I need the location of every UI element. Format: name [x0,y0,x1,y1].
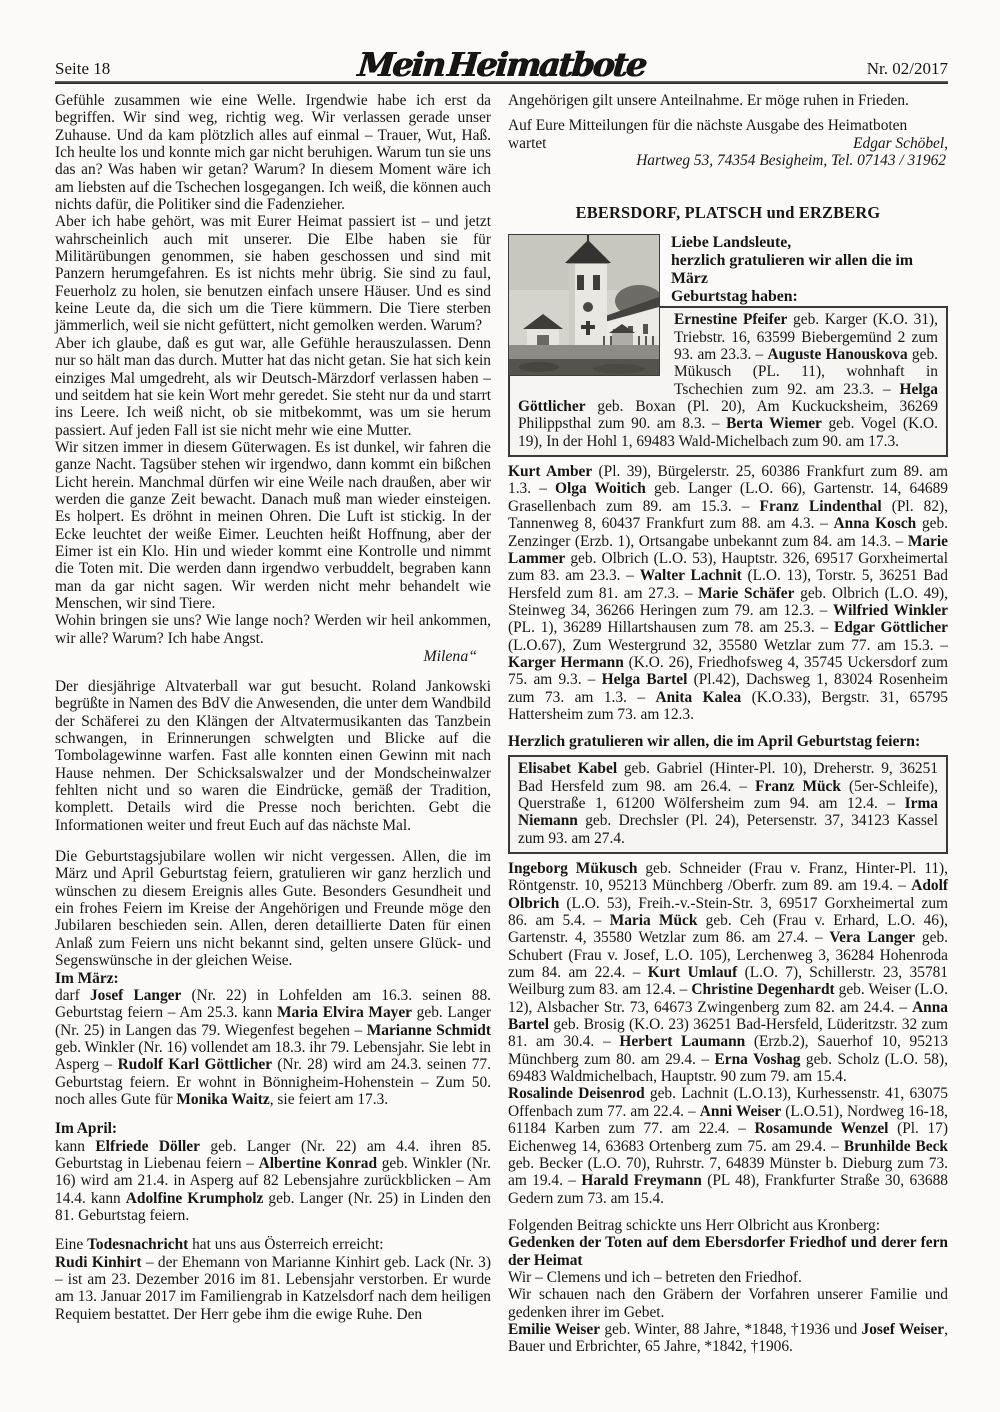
church-photo-illustration [509,235,659,375]
ball-report-paragraph: Der diesjährige Altvaterball war gut bes… [55,678,491,834]
church-photo [508,234,660,376]
section-heading: EBERSDORF, PLATSCH und ERZBERG [508,203,948,223]
contribution-line-2: Wir schauen nach den Gräbern der Vorfahr… [508,1286,948,1321]
letter-paragraph-5: Wohin bringen sie uns? Wie lange noch? W… [55,612,491,647]
greeting-line-3: Geburtstag haben: [671,288,948,306]
masthead-container: Mein Heimatbote [55,45,948,84]
issue-number: Nr. 02/2017 [867,59,948,79]
contribution-intro: Folgenden Beitrag schickte uns Herr Olbr… [508,1217,948,1234]
left-column: Gefühle zusammen wie eine Welle. Irgendw… [55,92,491,1323]
right-column: Angehörigen gilt unsere Anteilnahme. Er … [508,92,948,1356]
jubilee-intro-paragraph: Die Geburtstagsjubilare wollen wir nicht… [55,848,491,969]
letter-paragraph-2: Aber ich habe gehört, was mit Eurer Heim… [55,213,491,334]
march-birthday-list: Kurt Amber (Pl. 39), Bürgelerstr. 25, 60… [508,463,948,723]
contact-row: wartet Edgar Schöbel, [508,135,948,152]
church-section: Liebe Landsleute, herzlich gratulieren w… [508,234,948,457]
spacer [508,109,948,117]
masthead-title: Mein Heimatbote [356,45,647,84]
spacer [55,1224,491,1236]
wartet-label: wartet [508,135,546,152]
spacer [55,666,491,678]
header-rule [55,81,948,84]
march-birthdays-paragraph: darf Josef Langer (Nr. 22) in Lohfelden … [55,987,491,1108]
memorial-line: Emilie Weiser geb. Winter, 88 Jahre, *18… [508,1321,948,1356]
condolence-line: Angehörigen gilt unsere Anteilnahme. Er … [508,92,948,109]
march-subheading: Im März: [55,970,491,987]
letter-paragraph-1: Gefühle zusammen wie eine Welle. Irgendw… [55,92,491,213]
page-header: Seite 18 Mein Heimatbote Nr. 02/2017 [55,36,948,82]
letter-paragraph-3: Aber ich glaube, daß es gut war, alle Ge… [55,335,491,439]
april-birthday-list-1: Ingeborg Mükusch geb. Schneider (Frau v.… [508,860,948,1085]
letter-signature: Milena“ [55,647,491,666]
newspaper-page: { "header": { "page_label": "Seite 18", … [0,0,1000,1412]
death-notice-body: Rudi Kinhirt – der Ehemann von Marianne … [55,1254,491,1323]
spacer [55,834,491,848]
april-birthday-heading: Herzlich gratulieren wir allen, die im A… [508,733,948,751]
april-birthday-box: Elisabet Kabel geb. Gabriel (Hinter-Pl. … [508,755,948,854]
april-subheading: Im April: [55,1120,491,1137]
letter-paragraph-4: Wir sitzen immer in diesem Güterwagen. E… [55,439,491,612]
death-notice-intro: Eine Todesnachricht hat uns aus Österrei… [55,1236,491,1253]
contact-name: Edgar Schöbel, [853,135,948,152]
submission-note: Auf Eure Mitteilungen für die nächste Au… [508,117,948,134]
greeting-line-1: Liebe Landsleute, [671,234,948,252]
april-birthday-box-text: Elisabet Kabel geb. Gabriel (Hinter-Pl. … [518,760,938,847]
spacer [55,1108,491,1120]
april-birthdays-paragraph: kann Elfriede Döller geb. Langer (Nr. 22… [55,1138,491,1225]
april-birthday-list-2: Rosalinde Deisenrod geb. Lachnit (L.O.13… [508,1085,948,1206]
contribution-title: Gedenken der Toten auf dem Ebersdorfer F… [508,1234,948,1269]
greeting-line-2: herzlich gratulieren wir allen die im Mä… [671,252,948,288]
spacer [508,169,948,203]
contact-address: Hartweg 53, 74354 Besigheim, Tel. 07143 … [508,152,948,169]
spacer [508,1207,948,1217]
contribution-line-1: Wir – Clemens und ich – betreten den Fri… [508,1269,948,1286]
spacer [508,723,948,733]
